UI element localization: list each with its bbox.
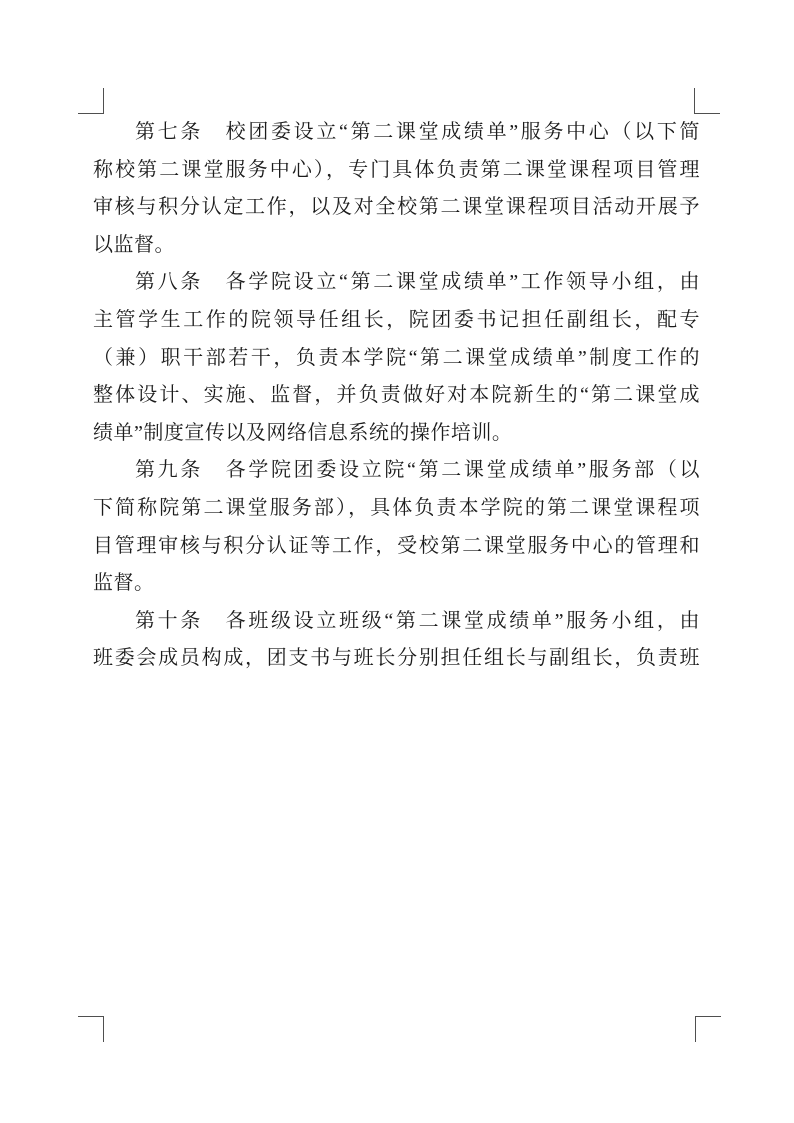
paragraph-article-7: 第七条 校团委设立“第二课堂成绩单”服务中心（以下简 称校第二课堂服务中心），专…	[93, 114, 700, 264]
text-line: 第十条 各班级设立班级“第二课堂成绩单”服务小组，由	[93, 603, 700, 641]
text-line: 绩单”制度宣传以及网络信息系统的操作培训。	[93, 415, 700, 453]
document-body-text: 第七条 校团委设立“第二课堂成绩单”服务中心（以下简 称校第二课堂服务中心），专…	[93, 114, 700, 678]
text-line: 主管学生工作的院领导任组长，院团委书记担任副组长，配专	[93, 302, 700, 340]
margin-crop-mark-top-right	[694, 88, 720, 114]
text-line: 称校第二课堂服务中心），专门具体负责第二课堂课程项目管理	[93, 152, 700, 190]
text-line: 下简称院第二课堂服务部），具体负责本学院的第二课堂课程项	[93, 490, 700, 528]
margin-crop-mark-bottom-right	[695, 1016, 721, 1042]
text-line: 第八条 各学院设立“第二课堂成绩单”工作领导小组，由	[93, 264, 700, 302]
text-line: 审核与积分认定工作，以及对全校第二课堂课程项目活动开展予	[93, 189, 700, 227]
text-line: 第九条 各学院团委设立院“第二课堂成绩单”服务部（以	[93, 452, 700, 490]
text-line: 监督。	[93, 565, 700, 603]
text-line: 班委会成员构成，团支书与班长分别担任组长与副组长，负责班	[93, 640, 700, 678]
paragraph-article-10: 第十条 各班级设立班级“第二课堂成绩单”服务小组，由 班委会成员构成，团支书与班…	[93, 603, 700, 678]
text-line: 整体设计、实施、监督，并负责做好对本院新生的“第二课堂成	[93, 377, 700, 415]
text-line: 以监督。	[93, 227, 700, 265]
margin-crop-mark-top-left	[78, 88, 104, 114]
text-line: （兼）职干部若干，负责本学院“第二课堂成绩单”制度工作的	[93, 340, 700, 378]
document-page: 第七条 校团委设立“第二课堂成绩单”服务中心（以下简 称校第二课堂服务中心），专…	[0, 0, 794, 1123]
paragraph-article-9: 第九条 各学院团委设立院“第二课堂成绩单”服务部（以 下简称院第二课堂服务部），…	[93, 452, 700, 602]
paragraph-article-8: 第八条 各学院设立“第二课堂成绩单”工作领导小组，由 主管学生工作的院领导任组长…	[93, 264, 700, 452]
text-line: 目管理审核与积分认证等工作，受校第二课堂服务中心的管理和	[93, 528, 700, 566]
text-line: 第七条 校团委设立“第二课堂成绩单”服务中心（以下简	[93, 114, 700, 152]
margin-crop-mark-bottom-left	[78, 1016, 104, 1042]
